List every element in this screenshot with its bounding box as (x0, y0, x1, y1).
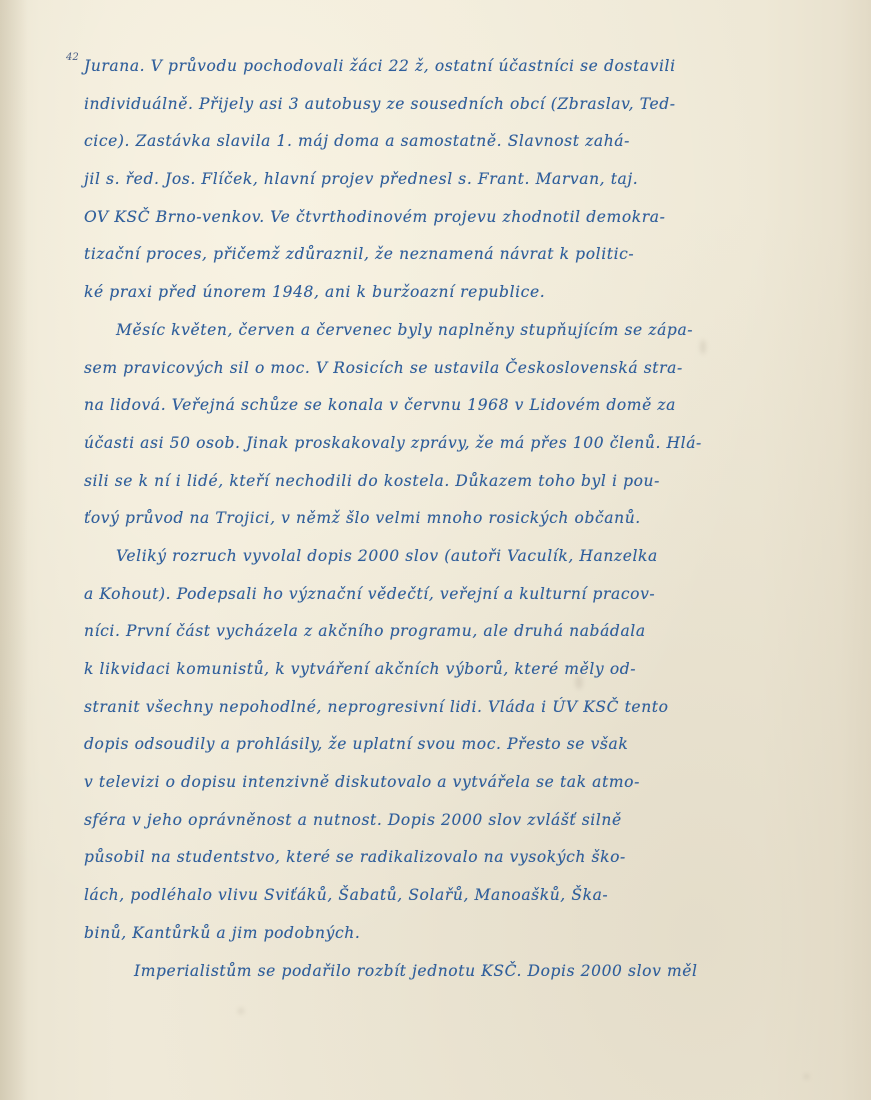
text-line: sem pravicových sil o moc. V Rosicích se… (84, 350, 804, 388)
text-line: individuálně. Přijely asi 3 autobusy ze … (84, 86, 804, 124)
text-line: a Kohout). Podepsali ho význační vědečtí… (84, 576, 804, 614)
document-page: 42 Jurana. V průvodu pochodovali žáci 22… (0, 0, 871, 1100)
text-line: Měsíc květen, červen a červenec byly nap… (84, 312, 804, 350)
text-line: sili se k ní i lidé, kteří nechodili do … (84, 463, 804, 501)
text-line: účasti asi 50 osob. Jinak proskakovaly z… (84, 425, 804, 463)
text-line: působil na studentstvo, které se radikal… (84, 839, 804, 877)
text-line: lách, podléhalo vlivu Sviťáků, Šabatů, S… (84, 877, 804, 915)
text-line: k likvidaci komunistů, k vytváření akční… (84, 651, 804, 689)
text-line: stranit všechny nepohodlné, neprogresivn… (84, 689, 804, 727)
text-line: ké praxi před únorem 1948, ani k buržoaz… (84, 274, 804, 312)
text-line: OV KSČ Brno-venkov. Ve čtvrthodinovém pr… (84, 199, 804, 237)
text-line: v televizi o dopisu intenzivně diskutova… (84, 764, 804, 802)
text-line: cice). Zastávka slavila 1. máj doma a sa… (84, 123, 804, 161)
text-line: ťový průvod na Trojici, v němž šlo velmi… (84, 500, 804, 538)
text-line: na lidová. Veřejná schůze se konala v če… (84, 387, 804, 425)
text-line: sféra v jeho oprávněnost a nutnost. Dopi… (84, 802, 804, 840)
text-line: dopis odsoudily a prohlásily, že uplatní… (84, 726, 804, 764)
page-number: 42 (66, 52, 79, 63)
text-line: Imperialistům se podařilo rozbít jednotu… (84, 953, 804, 991)
text-line: tizační proces, přičemž zdůraznil, že ne… (84, 236, 804, 274)
paper-stain (238, 1008, 244, 1014)
handwritten-text-block: Jurana. V průvodu pochodovali žáci 22 ž,… (84, 48, 804, 990)
text-line: jil s. řed. Jos. Flíček, hlavní projev p… (84, 161, 804, 199)
paper-stain (804, 1074, 809, 1079)
text-line: Veliký rozruch vyvolal dopis 2000 slov (… (84, 538, 804, 576)
text-line: binů, Kantůrků a jim podobných. (84, 915, 804, 953)
text-line: níci. První část vycházela z akčního pro… (84, 613, 804, 651)
text-line: Jurana. V průvodu pochodovali žáci 22 ž,… (84, 48, 804, 86)
